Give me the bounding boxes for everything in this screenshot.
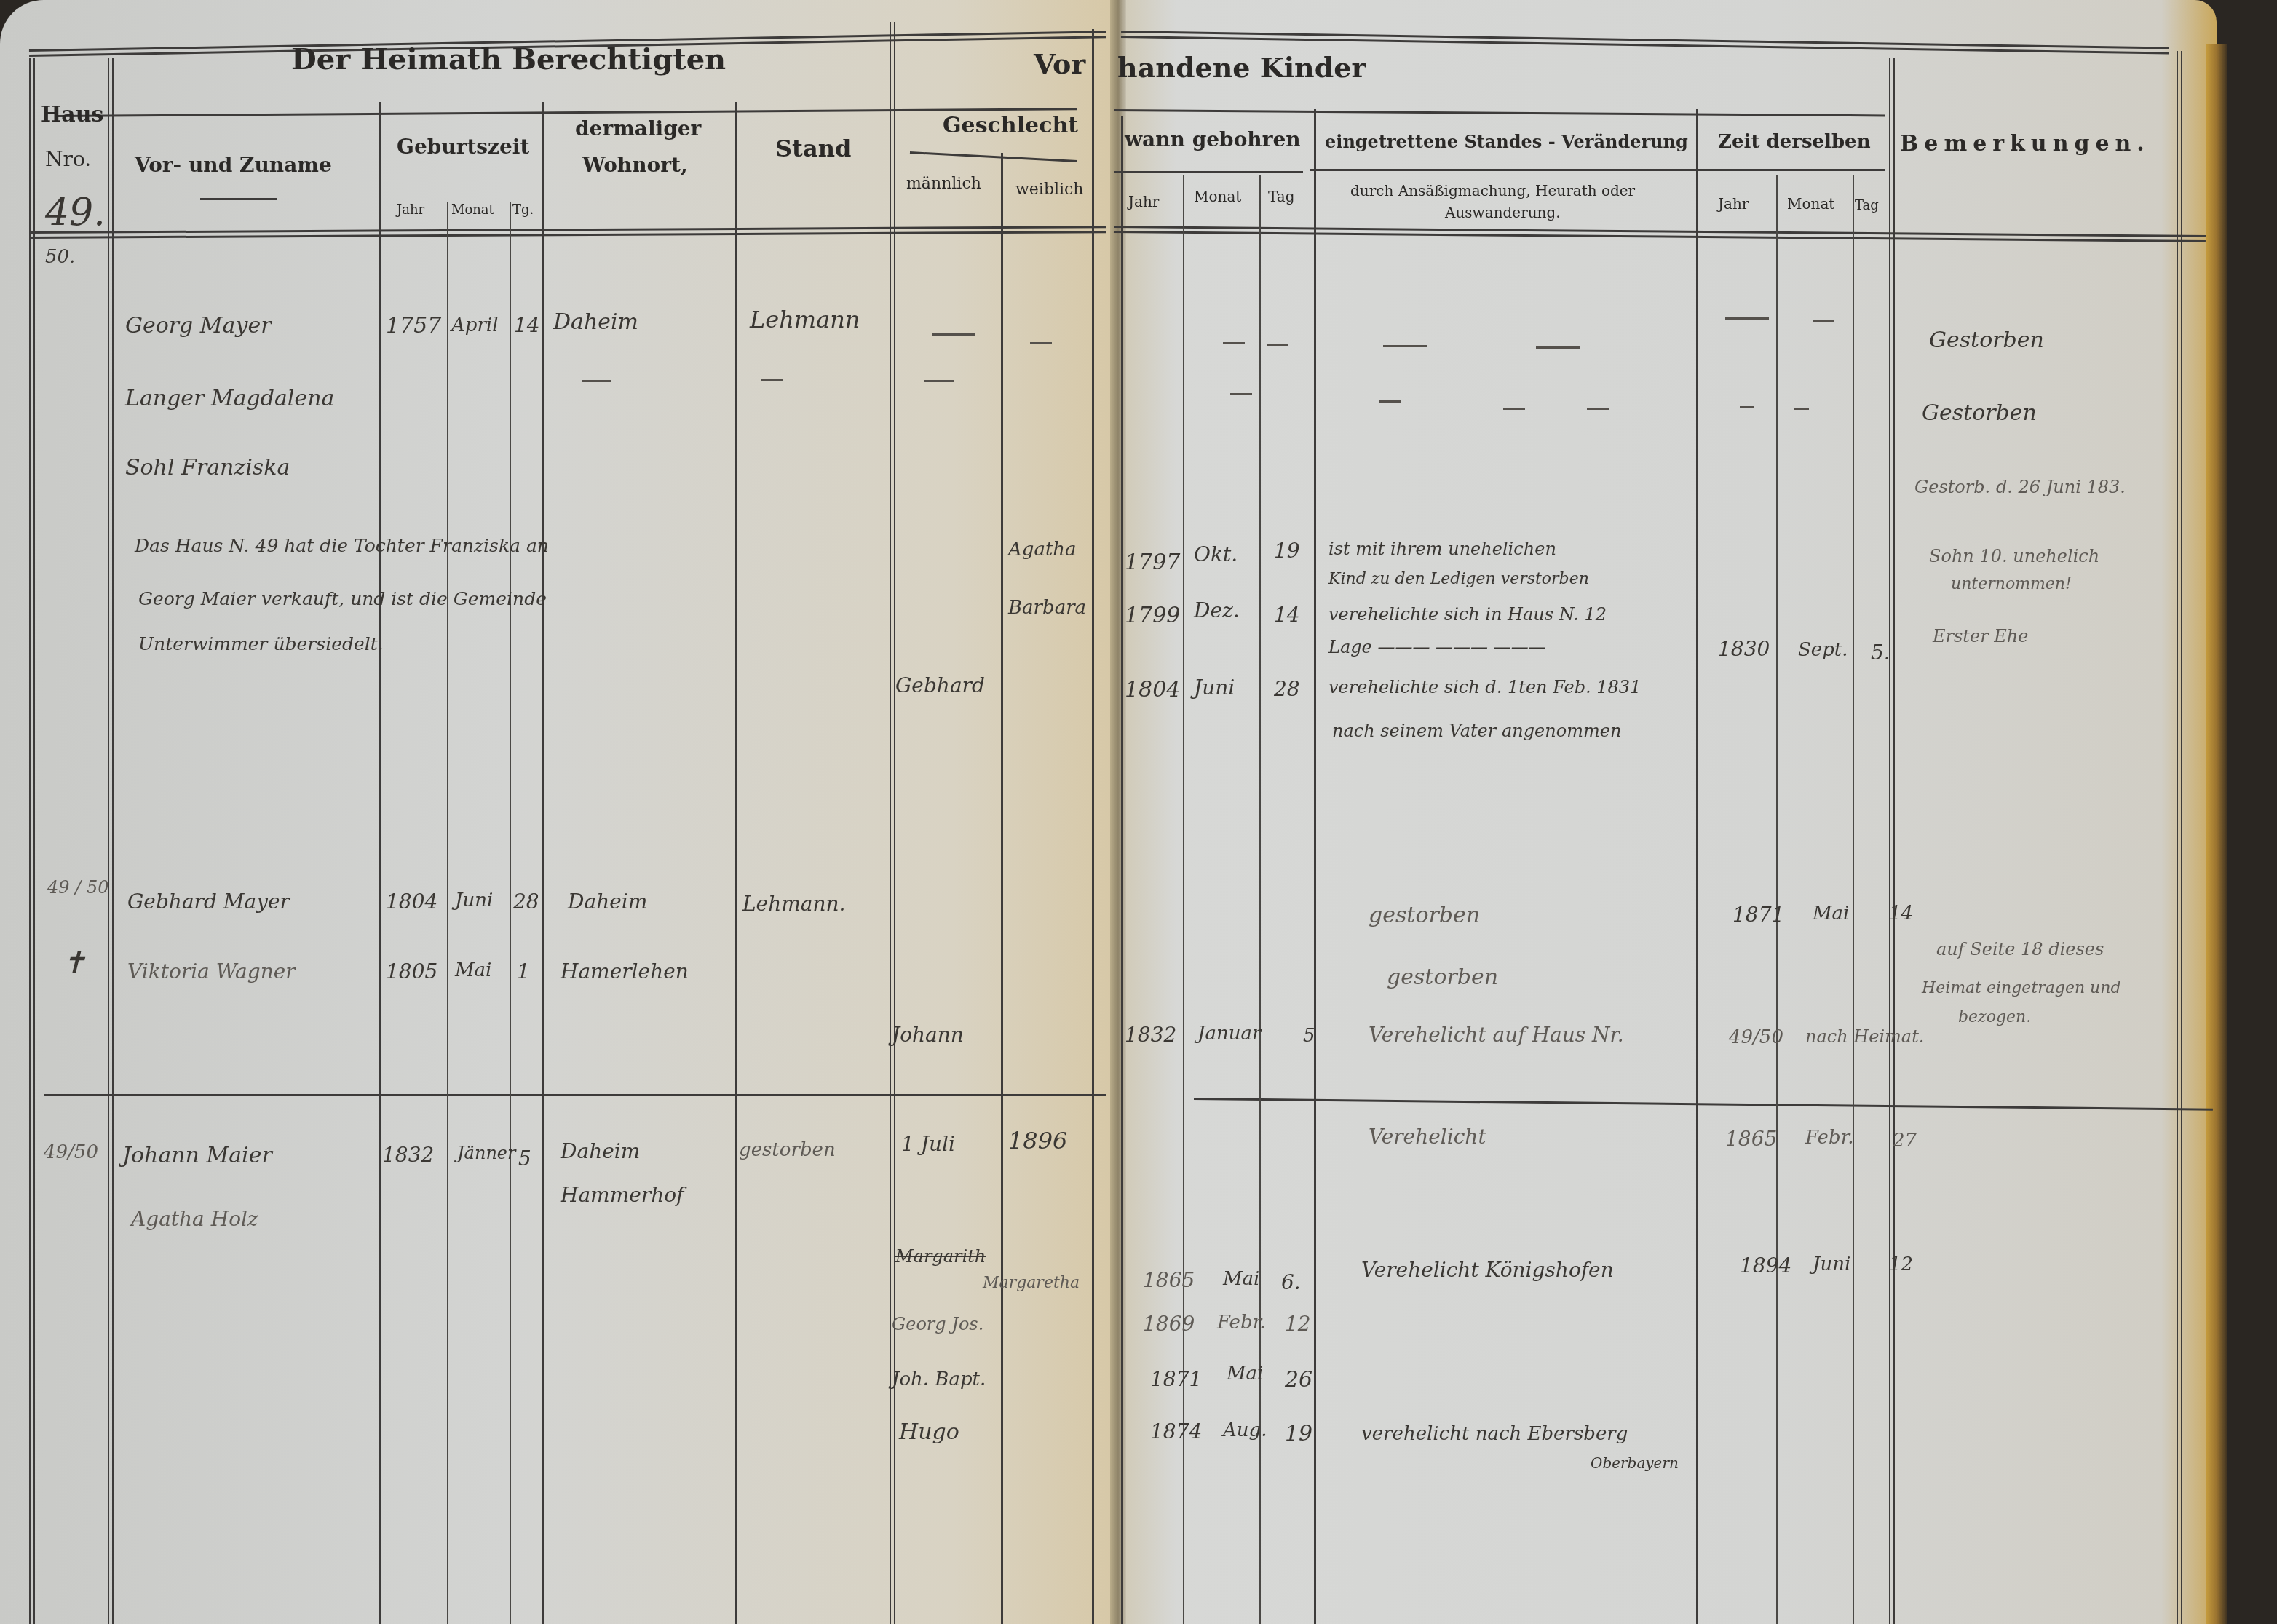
col-border-haus bbox=[108, 58, 114, 1624]
spread-title-right: handene Kinder bbox=[1117, 51, 1366, 84]
section-divider-left bbox=[44, 1094, 1106, 1096]
block3-child1-month: Mai bbox=[1223, 1268, 1259, 1290]
change-header: eingetrettene Standes - Veränderung bbox=[1325, 131, 1688, 152]
when-month-header: Monat bbox=[1787, 195, 1834, 213]
birth-month-header: Monat bbox=[451, 202, 494, 218]
block1-name1: Georg Mayer bbox=[125, 313, 272, 338]
dash bbox=[1230, 393, 1252, 395]
block3-child3-year: 1871 bbox=[1150, 1367, 1202, 1391]
block3-child4-change-line2: Oberbayern bbox=[1591, 1454, 1679, 1472]
dash bbox=[1740, 406, 1754, 408]
change-sub-2: Auswanderung. bbox=[1445, 204, 1561, 221]
block3-change1-year: 1865 bbox=[1725, 1127, 1777, 1151]
dash bbox=[582, 380, 611, 382]
col-border-when-month bbox=[1853, 175, 1854, 1624]
dash bbox=[924, 380, 954, 382]
block2-change1-year: 1871 bbox=[1732, 903, 1784, 927]
col-border-change bbox=[1696, 109, 1698, 1624]
block2-child-change-month: nach Heimat. bbox=[1805, 1026, 1924, 1047]
block3-child1-change: Verehelicht Königshofen bbox=[1361, 1258, 1614, 1282]
block3-day1: 5 bbox=[518, 1146, 531, 1171]
block3-child2-male: Georg Jos. bbox=[892, 1314, 983, 1334]
block3-child3-day: 26 bbox=[1285, 1367, 1312, 1393]
block1-name2: Langer Magdalena bbox=[125, 386, 334, 411]
haus-label: Haus bbox=[41, 102, 103, 127]
dash bbox=[1794, 408, 1809, 410]
col-border-when-year bbox=[1776, 175, 1778, 1624]
block3-residence1-line1: Daheim bbox=[561, 1139, 640, 1163]
dash bbox=[1030, 342, 1052, 344]
born-subrule bbox=[1114, 171, 1303, 173]
col-border-birth bbox=[542, 102, 544, 1624]
block2-house-ref: 49 / 50 bbox=[47, 877, 108, 898]
block1-change-line1: ist mit ihrem unehelichen bbox=[1328, 539, 1556, 559]
block1-month1: April bbox=[451, 314, 498, 336]
block1-residence1: Daheim bbox=[553, 309, 638, 335]
dash bbox=[1587, 408, 1609, 410]
col-border-birth-month bbox=[510, 202, 511, 1624]
block3-child4-change-line1: verehelicht nach Ebersberg bbox=[1361, 1423, 1628, 1445]
col-border-born-month bbox=[1259, 175, 1261, 1624]
block1-change-line2: Kind zu den Ledigen verstorben bbox=[1328, 570, 1589, 588]
right-page bbox=[1110, 0, 2217, 1624]
block3-change1-day: 27 bbox=[1893, 1130, 1917, 1152]
block2-year1: 1804 bbox=[386, 890, 437, 914]
block1-child2-year: 1799 bbox=[1125, 603, 1180, 628]
sex-header: Geschlecht bbox=[943, 113, 1078, 138]
change-sub-1: durch Ansäßigmachung, Heurath oder bbox=[1350, 182, 1635, 199]
when-year-header: Jahr bbox=[1718, 195, 1749, 213]
col-border-outer bbox=[29, 58, 35, 1624]
status-header: Stand bbox=[775, 135, 851, 162]
block3-child2-day: 12 bbox=[1285, 1312, 1311, 1336]
block1-change-year: 1830 bbox=[1718, 637, 1770, 661]
col-border-female bbox=[1092, 29, 1094, 1624]
block3-child3-month: Mai bbox=[1227, 1363, 1263, 1385]
dash bbox=[1725, 317, 1769, 320]
dash bbox=[761, 379, 783, 381]
haus-number: 49. bbox=[45, 191, 106, 234]
remarks-header: Bemerkungen. bbox=[1900, 131, 2150, 157]
birth-day-header: Tg. bbox=[512, 202, 534, 218]
block2-child-change: Verehelicht auf Haus Nr. bbox=[1369, 1023, 1624, 1047]
block2-day1: 28 bbox=[513, 890, 539, 914]
dash bbox=[1379, 400, 1401, 403]
when-day-header: Tag bbox=[1855, 198, 1879, 213]
dash bbox=[1536, 346, 1580, 349]
block3-child1-day: 6. bbox=[1281, 1270, 1301, 1294]
block2-child-year: 1832 bbox=[1125, 1023, 1176, 1047]
block2-change1-day: 14 bbox=[1889, 903, 1913, 924]
block3-child2-year: 1869 bbox=[1143, 1312, 1195, 1336]
block1-remark3: Gestorb. d. 26 Juni 183. bbox=[1914, 477, 2126, 497]
block1-child2-day: 14 bbox=[1274, 603, 1300, 627]
dash bbox=[1813, 320, 1834, 322]
block2-child-day: 5 bbox=[1303, 1025, 1315, 1047]
name-col-header: Vor- und Zuname bbox=[135, 153, 332, 177]
block2-child-male: Johann bbox=[892, 1023, 964, 1047]
col-border-residence bbox=[735, 102, 737, 1624]
cross-icon: ✝ bbox=[62, 946, 87, 980]
block1-child3-year: 1804 bbox=[1125, 677, 1180, 702]
block1-note-line3: Unterwimmer übersiedelt. bbox=[138, 633, 384, 654]
block1-status1: Lehmann bbox=[750, 306, 860, 333]
block1-change-line6: nach seinem Vater angenommen bbox=[1332, 721, 1621, 741]
col-border-birth-year bbox=[447, 202, 448, 1624]
block3-child2-month: Febr. bbox=[1217, 1312, 1266, 1334]
dash bbox=[1267, 344, 1288, 346]
block2-year2: 1805 bbox=[386, 959, 437, 983]
birth-subrule bbox=[200, 198, 277, 200]
block3-child3-male: Joh. Bapt. bbox=[892, 1368, 986, 1390]
dash bbox=[1503, 408, 1525, 410]
block3-child1-female: Margaretha bbox=[983, 1274, 1080, 1292]
block1-change-line5: verehelichte sich d. 1ten Feb. 1831 bbox=[1328, 677, 1641, 697]
nro-label: Nro. bbox=[45, 147, 91, 171]
block2-month1: Juni bbox=[455, 890, 493, 911]
block1-note-line1: Das Haus N. 49 hat die Tochter Franziska… bbox=[135, 535, 549, 556]
block3-child4-year: 1874 bbox=[1150, 1419, 1202, 1443]
block2-child-month: Januar bbox=[1197, 1023, 1261, 1045]
block1-change-day: 5. bbox=[1871, 641, 1890, 665]
block1-remark4-line1: Sohn 10. unehelich bbox=[1929, 546, 2099, 566]
block2-remark-line3: bezogen. bbox=[1958, 1008, 2031, 1026]
block2-child-change-year: 49/50 bbox=[1729, 1026, 1783, 1048]
left-page-title: Der Heimath Berechtigten bbox=[291, 42, 726, 76]
block3-status1: gestorben bbox=[739, 1139, 836, 1161]
block3-change1-month: Febr. bbox=[1805, 1127, 1854, 1149]
block2-residence1: Daheim bbox=[568, 890, 647, 914]
block1-child2-female: Barbara bbox=[1008, 597, 1086, 619]
block2-remark-line2: Heimat eingetragen und bbox=[1922, 979, 2121, 997]
block3-child1-year: 1865 bbox=[1143, 1268, 1195, 1292]
block1-year1: 1757 bbox=[386, 313, 441, 338]
block1-remark1: Gestorben bbox=[1929, 328, 2044, 353]
block2-name2: Viktoria Wagner bbox=[127, 959, 296, 983]
col-border-male bbox=[1001, 153, 1003, 1624]
block3-child1-struck-male: Margarith bbox=[895, 1246, 986, 1267]
block1-note-line2: Georg Maier verkauft, und ist die Gemein… bbox=[138, 588, 547, 609]
birth-year-header: Jahr bbox=[397, 202, 424, 218]
col-border-name bbox=[379, 102, 381, 1624]
block1-remark2: Gestorben bbox=[1922, 400, 2037, 426]
block1-child1-day: 19 bbox=[1274, 539, 1300, 563]
block1-child3-month: Juni bbox=[1194, 676, 1235, 700]
dash bbox=[932, 333, 975, 336]
male-header: männlich bbox=[906, 175, 981, 193]
block2-status1: Lehmann. bbox=[742, 892, 845, 916]
col-border-born-year bbox=[1183, 175, 1184, 1624]
block1-day1: 14 bbox=[514, 313, 540, 337]
block1-name3: Sohl Franziska bbox=[125, 455, 290, 480]
block3-year1: 1832 bbox=[382, 1143, 434, 1167]
block3-child4-day: 19 bbox=[1285, 1421, 1312, 1446]
block2-name1: Gebhard Mayer bbox=[127, 890, 290, 914]
born-month-header: Monat bbox=[1194, 188, 1241, 205]
when-header: Zeit derselben bbox=[1718, 131, 1871, 153]
col-border-born bbox=[1314, 109, 1316, 1624]
dash bbox=[1383, 345, 1427, 347]
block1-change-line3: verehelichte sich in Haus N. 12 bbox=[1328, 604, 1607, 625]
residence-header-2: Wohnort, bbox=[582, 153, 688, 177]
block3-month1: Jänner bbox=[457, 1143, 516, 1163]
book-edge bbox=[2206, 44, 2227, 1624]
block3-child4-month: Aug. bbox=[1223, 1419, 1267, 1441]
block3-child1-change-day: 12 bbox=[1889, 1253, 1913, 1275]
book-gutter bbox=[1110, 0, 1126, 1624]
block1-child3-day: 28 bbox=[1274, 677, 1300, 701]
born-year-header: Jahr bbox=[1128, 193, 1159, 210]
birth-col-header: Geburtszeit bbox=[397, 135, 529, 159]
dash bbox=[1223, 342, 1245, 344]
female-header: weiblich bbox=[1015, 181, 1084, 199]
residence-header-1: dermaliger bbox=[575, 116, 701, 140]
block1-child2-month: Dez. bbox=[1194, 598, 1240, 622]
block3-child4-male: Hugo bbox=[899, 1419, 959, 1445]
block3-residence1-line2: Hammerhof bbox=[561, 1183, 684, 1207]
block3-house-ref: 49/50 bbox=[44, 1141, 98, 1163]
block1-change-month: Sept. bbox=[1798, 639, 1848, 661]
block3-death-year: 1896 bbox=[1008, 1127, 1067, 1154]
col-border-remarks bbox=[2177, 51, 2182, 1624]
spread-title-left: Vor bbox=[1034, 47, 1085, 80]
block1-child1-female: Agatha bbox=[1008, 539, 1077, 561]
col-border-when bbox=[1889, 58, 1895, 1624]
block2-day2: 1 bbox=[517, 959, 530, 983]
block2-change1-month: Mai bbox=[1813, 903, 1849, 924]
block3-child1-change-year: 1894 bbox=[1740, 1253, 1791, 1278]
block2-residence2: Hamerlehen bbox=[561, 959, 689, 983]
col-border-born-left bbox=[1121, 116, 1123, 1624]
block1-change-line4: Lage ——— ——— ——— bbox=[1328, 637, 1546, 657]
change-subrule bbox=[1310, 169, 1885, 171]
block1-remark4-line2: unternommen! bbox=[1951, 575, 2072, 593]
born-day-header: Tag bbox=[1268, 188, 1295, 205]
block3-child1-change-month: Juni bbox=[1813, 1253, 1850, 1275]
block2-remark-line1: auf Seite 18 dieses bbox=[1936, 939, 2104, 959]
block3-change1: Verehelicht bbox=[1369, 1125, 1486, 1149]
block2-month2: Mai bbox=[455, 959, 491, 981]
block3-name1: Johann Maier bbox=[122, 1143, 272, 1168]
house-note-top: 50. bbox=[45, 246, 75, 268]
block3-name2: Agatha Holz bbox=[131, 1207, 258, 1231]
block1-child3-male: Gebhard bbox=[895, 673, 985, 697]
block3-death-day: 1 Juli bbox=[901, 1132, 955, 1156]
born-header: wann gebohren bbox=[1125, 127, 1301, 151]
block2-change1: gestorben bbox=[1369, 903, 1480, 928]
block2-change2: gestorben bbox=[1387, 965, 1498, 990]
block1-child1-year: 1797 bbox=[1125, 550, 1180, 575]
block1-remark5: Erster Ehe bbox=[1933, 626, 2028, 646]
block1-child1-month: Okt. bbox=[1194, 542, 1237, 566]
